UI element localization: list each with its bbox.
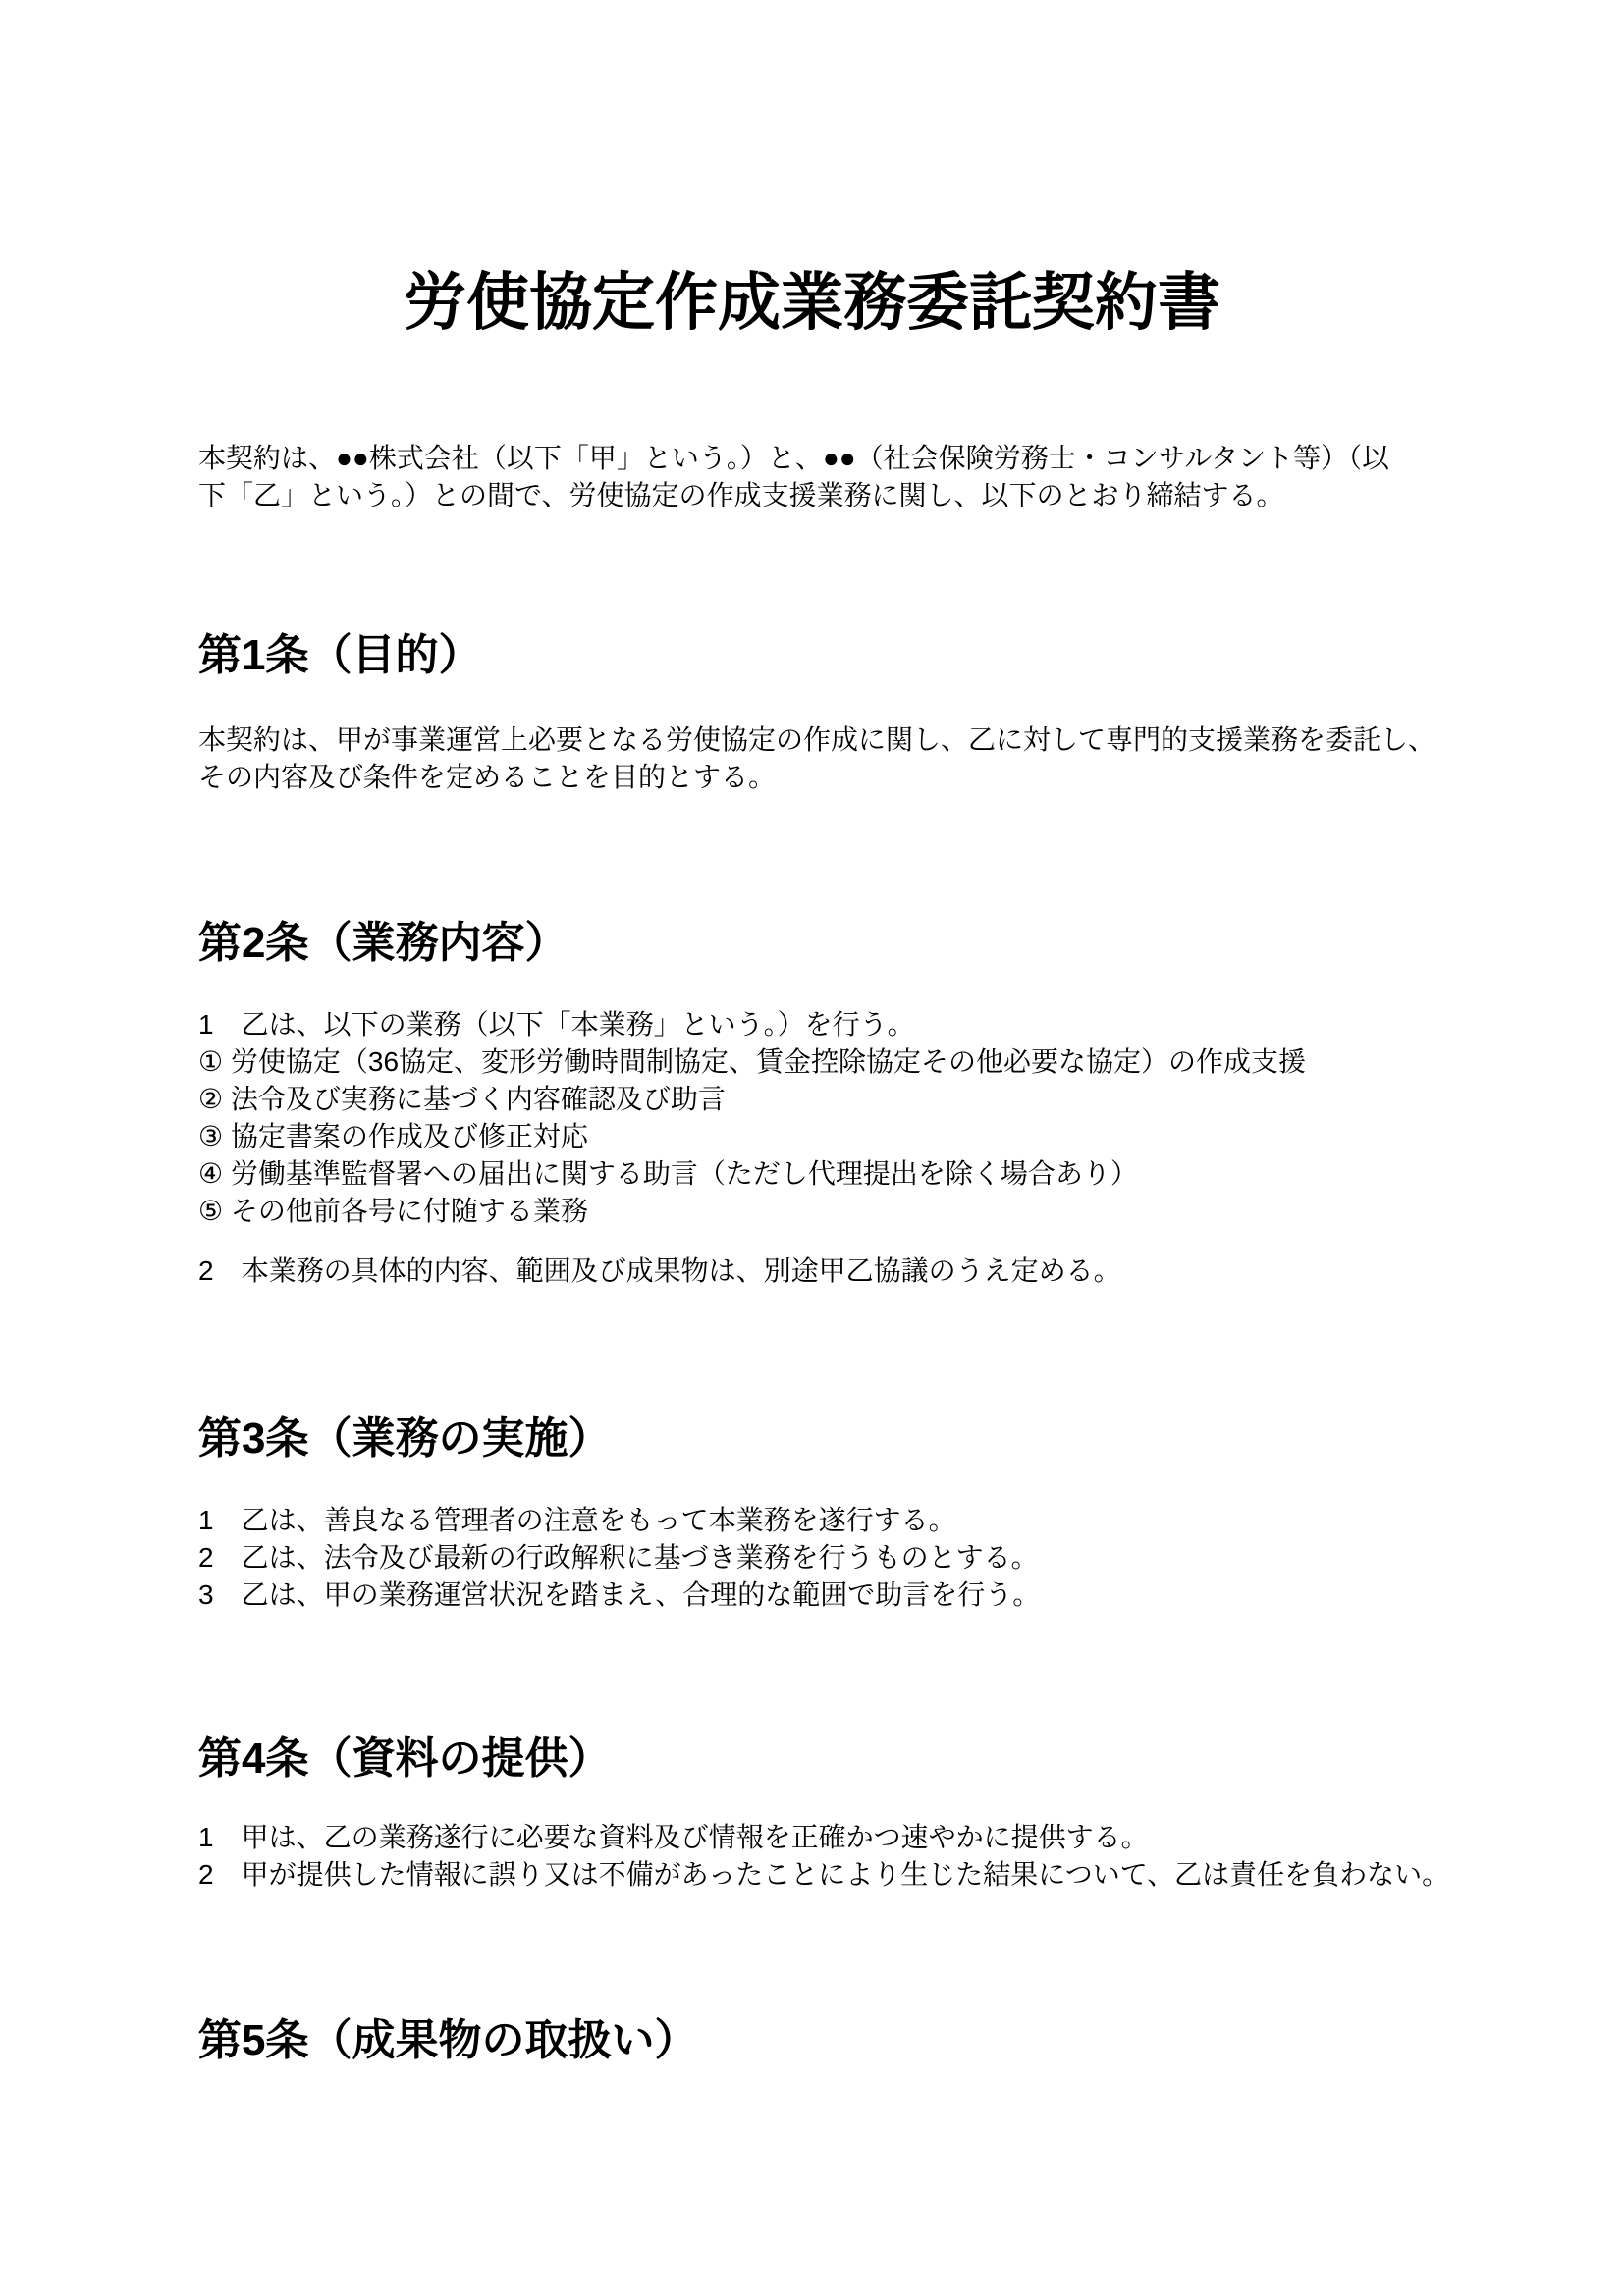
article-4-body: 1 甲は、乙の業務遂行に必要な資料及び情報を正確かつ速やかに提供する。 2 甲が… [198,1819,1449,1894]
article-3-item-1: 1 乙は、善良なる管理者の注意をもって本業務を遂行する。 [198,1502,1040,1539]
article-3-heading: 第3条（業務の実施） [198,1417,611,1461]
article-2-subitem-5: ⑤ その他前各号に付随する業務 [198,1193,1306,1230]
article-3-item-3: 3 乙は、甲の業務運営状況を踏まえ、合理的な範囲で助言を行う。 [198,1576,1040,1614]
contract-document-page: 労使協定作成業務委託契約書 本契約は、●●株式会社（以下「甲」という。）と、●●… [0,0,1624,2296]
article-2-item-2-block: 2 本業務の具体的内容、範囲及び成果物は、別途甲乙協議のうえ定める。 [198,1253,1121,1290]
article-2-body: 1 乙は、以下の業務（以下「本業務」という。）を行う。 ① 労使協定（36協定、… [198,1006,1306,1230]
intro-paragraph: 本契約は、●●株式会社（以下「甲」という。）と、●●（社会保険労務士・コンサルタ… [198,440,1389,514]
intro-line: 本契約は、●●株式会社（以下「甲」という。）と、●●（社会保険労務士・コンサルタ… [198,440,1389,477]
article-1-line: 本契約は、甲が事業運営上必要となる労使協定の作成に関し、乙に対して専門的支援業務… [198,721,1435,759]
article-4-item-1: 1 甲は、乙の業務遂行に必要な資料及び情報を正確かつ速やかに提供する。 [198,1819,1449,1856]
article-2-subitem-4: ④ 労働基準監督署への届出に関する助言（ただし代理提出を除く場合あり） [198,1155,1306,1193]
article-2-subitem-2: ② 法令及び実務に基づく内容確認及び助言 [198,1081,1306,1118]
article-2-subitem-1: ① 労使協定（36協定、変形労働時間制協定、賃金控除協定その他必要な協定）の作成… [198,1043,1306,1081]
intro-line: 下「乙」という。）との間で、労使協定の作成支援業務に関し、以下のとおり締結する。 [198,477,1389,514]
article-1-body: 本契約は、甲が事業運営上必要となる労使協定の作成に関し、乙に対して専門的支援業務… [198,721,1435,796]
article-4-item-2: 2 甲が提供した情報に誤り又は不備があったことにより生じた結果について、乙は責任… [198,1856,1449,1894]
article-5-heading: 第5条（成果物の取扱い） [198,2019,697,2062]
article-2-heading: 第2条（業務内容） [198,922,568,965]
article-2-subitem-3: ③ 協定書案の作成及び修正対応 [198,1118,1306,1155]
article-4-heading: 第4条（資料の提供） [198,1737,611,1781]
article-3-body: 1 乙は、善良なる管理者の注意をもって本業務を遂行する。 2 乙は、法令及び最新… [198,1502,1040,1614]
document-title: 労使協定作成業務委託契約書 [0,271,1624,334]
article-2-item-1: 1 乙は、以下の業務（以下「本業務」という。）を行う。 [198,1006,1306,1043]
article-1-heading: 第1条（目的） [198,634,481,677]
article-1-line: その内容及び条件を定めることを目的とする。 [198,759,1435,796]
article-3-item-2: 2 乙は、法令及び最新の行政解釈に基づき業務を行うものとする。 [198,1539,1040,1576]
article-2-item-2: 2 本業務の具体的内容、範囲及び成果物は、別途甲乙協議のうえ定める。 [198,1253,1121,1290]
